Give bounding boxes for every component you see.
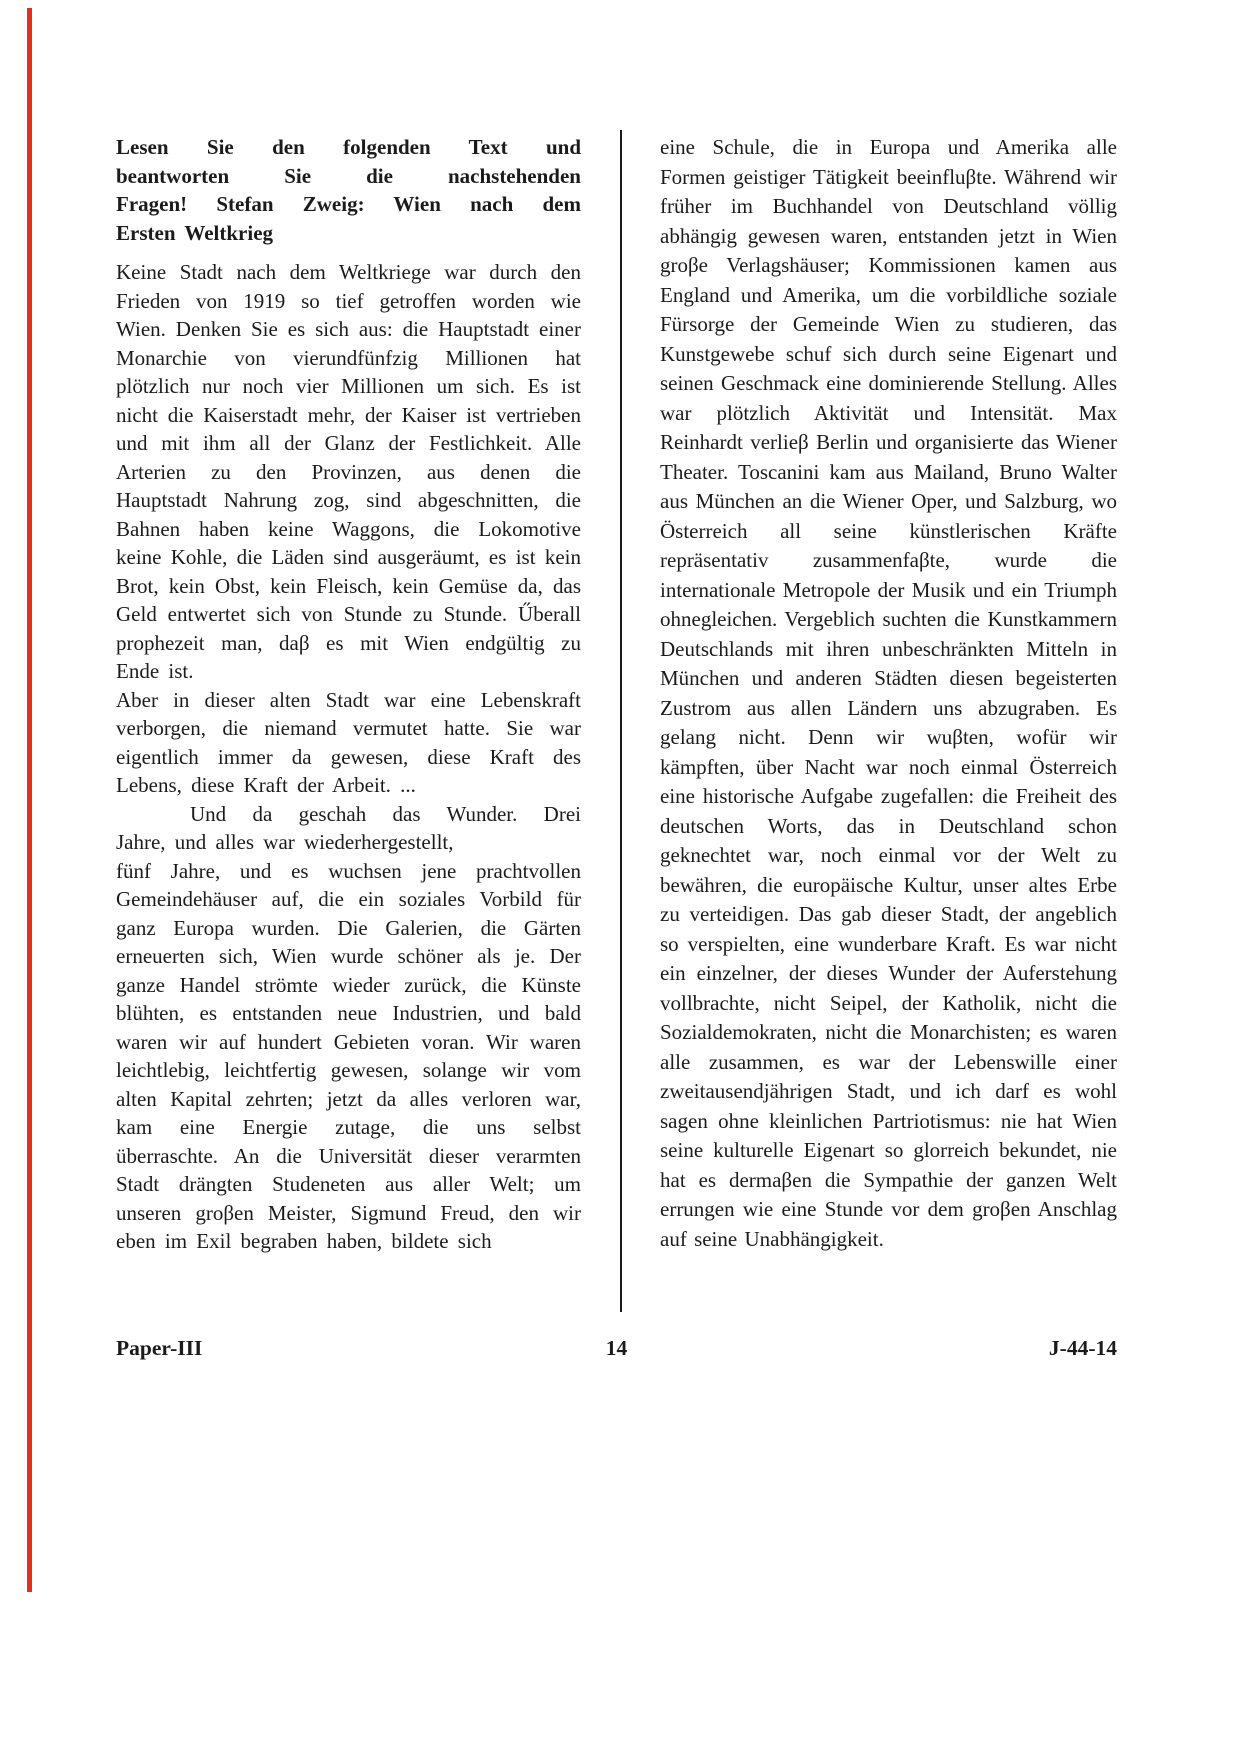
paragraph: Keine Stadt nach dem Weltkriege war durc… (116, 258, 581, 686)
footer-paper-label: Paper-III (116, 1336, 606, 1361)
page-footer: Paper-III 14 J-44-14 (116, 1336, 1117, 1361)
heading-line: Fragen! Stefan Zweig: Wien nach dem (116, 190, 581, 219)
column-divider (620, 130, 622, 1312)
paragraph: Und da geschah das Wunder. Drei (116, 800, 581, 829)
document-page: Lesen Sie den folgenden Text undbeantwor… (0, 0, 1240, 1754)
paragraph: Aber in dieser alten Stadt war eine Lebe… (116, 686, 581, 800)
footer-paper-code: J-44-14 (627, 1336, 1117, 1361)
left-column-body: Keine Stadt nach dem Weltkriege war durc… (116, 258, 581, 1256)
heading-line: Lesen Sie den folgenden Text und (116, 133, 581, 162)
paragraph: Jahre, und alles war wiederhergestellt, (116, 828, 581, 857)
left-column: Lesen Sie den folgenden Text undbeantwor… (116, 133, 581, 1256)
red-margin-line (27, 8, 32, 1592)
paragraph: fünf Jahre, und es wuchsen jene prachtvo… (116, 857, 581, 1256)
heading-line: Ersten Weltkrieg (116, 219, 581, 248)
footer-page-number: 14 (606, 1336, 628, 1361)
heading-line: beantworten Sie die nachstehenden (116, 162, 581, 191)
right-column: eine Schule, die in Europa und Amerika a… (660, 133, 1117, 1254)
exercise-heading: Lesen Sie den folgenden Text undbeantwor… (116, 133, 581, 247)
paragraph: eine Schule, die in Europa und Amerika a… (660, 133, 1117, 1254)
